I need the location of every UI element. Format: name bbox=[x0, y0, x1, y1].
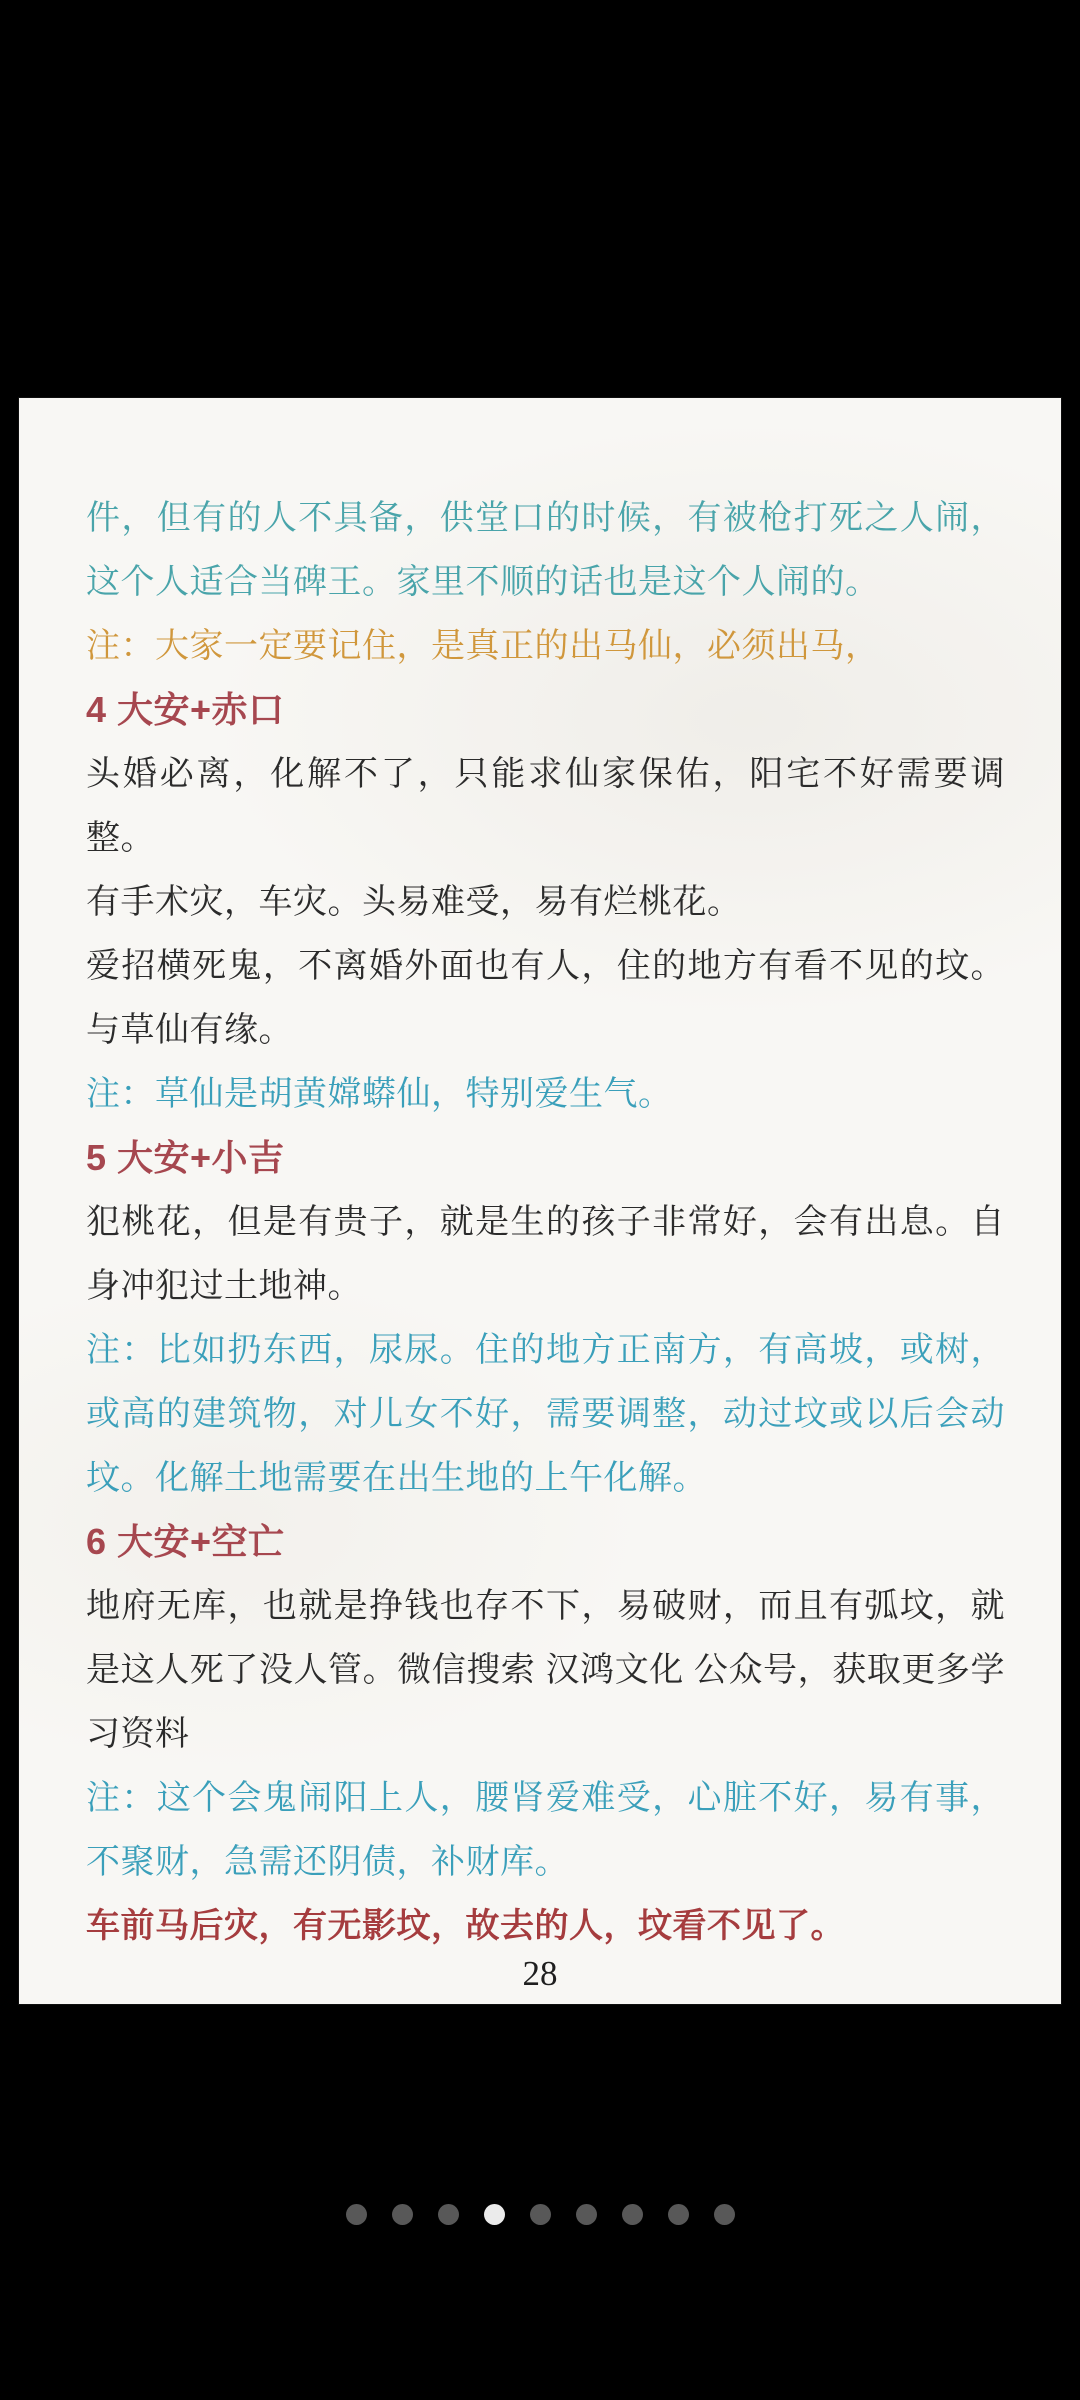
note-teal: 注：比如扔东西，尿尿。住的地方正南方，有高坡，或树，或高的建筑物，对儿女不好，需… bbox=[86, 1318, 1005, 1510]
page-indicator bbox=[0, 2204, 1080, 2225]
note-orange: 注：大家一定要记住，是真正的出马仙，必须出马， bbox=[86, 614, 1005, 678]
paragraph-black: 地府无库，也就是挣钱也存不下，易破财，而且有弧坟，就是这人死了没人管。微信搜索 … bbox=[86, 1574, 1005, 1766]
page-indicator-dot[interactable] bbox=[714, 2204, 735, 2225]
paragraph-black: 有手术灾，车灾。头易难受，易有烂桃花。 bbox=[86, 870, 1005, 934]
page-number: 28 bbox=[19, 1954, 1061, 1994]
paragraph-teal: 件，但有的人不具备，供堂口的时候，有被枪打死之人闹，这个人适合当碑王。家里不顺的… bbox=[86, 486, 1005, 614]
note-teal: 注：草仙是胡黄嫦蟒仙，特别爱生气。 bbox=[86, 1062, 1005, 1126]
page-indicator-dot[interactable] bbox=[576, 2204, 597, 2225]
paragraph-darkred: 车前马后灾，有无影坟，故去的人，坟看不见了。 bbox=[86, 1894, 1005, 1958]
page-indicator-dot[interactable] bbox=[392, 2204, 413, 2225]
note-teal: 注：这个会鬼闹阳上人，腰肾爱难受，心脏不好，易有事，不聚财，急需还阴债，补财库。 bbox=[86, 1766, 1005, 1894]
page-indicator-dot[interactable] bbox=[530, 2204, 551, 2225]
page-indicator-dot[interactable] bbox=[346, 2204, 367, 2225]
page-indicator-dot[interactable] bbox=[668, 2204, 689, 2225]
document-page: 件，但有的人不具备，供堂口的时候，有被枪打死之人闹，这个人适合当碑王。家里不顺的… bbox=[19, 398, 1061, 2004]
page-indicator-dot[interactable] bbox=[438, 2204, 459, 2225]
section-heading-5: 5 大安+小吉 bbox=[86, 1126, 1005, 1190]
document-content: 件，但有的人不具备，供堂口的时候，有被枪打死之人闹，这个人适合当碑王。家里不顺的… bbox=[19, 398, 1061, 1958]
paragraph-black: 犯桃花，但是有贵子，就是生的孩子非常好，会有出息。自身冲犯过土地神。 bbox=[86, 1190, 1005, 1318]
reader-background: 件，但有的人不具备，供堂口的时候，有被枪打死之人闹，这个人适合当碑王。家里不顺的… bbox=[0, 0, 1080, 2400]
paragraph-black: 头婚必离，化解不了，只能求仙家保佑，阳宅不好需要调整。 bbox=[86, 742, 1005, 870]
page-indicator-dot-active[interactable] bbox=[484, 2204, 505, 2225]
section-heading-4: 4 大安+赤口 bbox=[86, 678, 1005, 742]
section-heading-6: 6 大安+空亡 bbox=[86, 1510, 1005, 1574]
page-indicator-dot[interactable] bbox=[622, 2204, 643, 2225]
paragraph-black: 爱招横死鬼，不离婚外面也有人，住的地方有看不见的坟。与草仙有缘。 bbox=[86, 934, 1005, 1062]
